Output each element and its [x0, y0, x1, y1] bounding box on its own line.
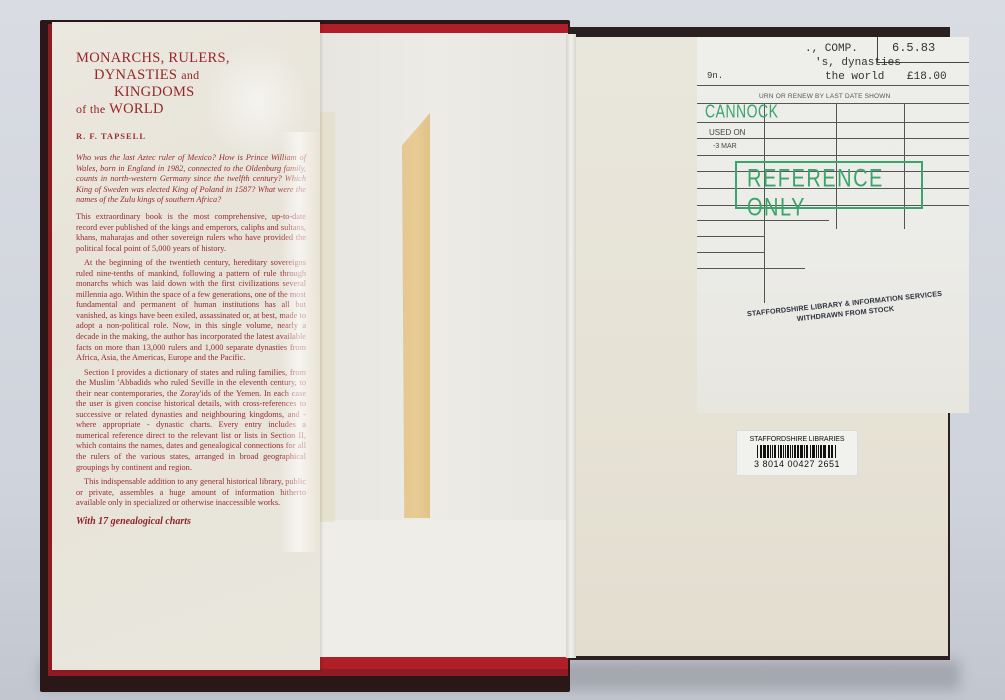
date-due-slip: 6.5.83 ., COMP. 's, dynasties 9n. the wo… — [697, 37, 969, 413]
return-instruction: URN OR RENEW BY LAST DATE SHOWN — [759, 93, 891, 100]
title-line-2: DYNASTIES and — [76, 67, 306, 84]
book-title: MONARCHS, RULERS, DYNASTIES and KINGDOMS… — [76, 50, 306, 118]
blurb-paragraph: Section I provides a dictionary of state… — [76, 368, 306, 473]
barcode-icon — [749, 445, 845, 458]
reference-only-stamp: REFERENCE ONLY — [735, 161, 923, 209]
blurb-paragraph: This extraordinary book is the most comp… — [76, 212, 306, 254]
blurb-questions: Who was the last Aztec ruler of Mexico? … — [76, 153, 306, 206]
title-line-4: of the WORLD — [76, 101, 306, 118]
price: £18.00 — [907, 71, 947, 83]
front-board-bottom-edge — [320, 657, 568, 669]
tape-residue-strip — [402, 113, 430, 518]
book-gutter — [566, 34, 576, 658]
typed-line-2: 's, dynasties — [815, 57, 901, 69]
handwritten-date: -3 MAR — [713, 143, 737, 150]
blurb-paragraph: This indispensable addition to any gener… — [76, 477, 306, 509]
typed-line-3: the world — [825, 71, 884, 83]
typed-prefix: 9n. — [707, 71, 723, 81]
withdrawn-stamp: STAFFORDSHIRE LIBRARY & INFORMATION SERV… — [746, 289, 943, 329]
front-endpaper-lower — [305, 520, 568, 658]
barcode-library-name: STAFFORDSHIRE LIBRARIES — [737, 436, 857, 443]
title-line-3: KINGDOMS — [76, 84, 306, 101]
dust-jacket-flap: MONARCHS, RULERS, DYNASTIES and KINGDOMS… — [52, 22, 320, 670]
barcode-number: 3 8014 00427 2651 — [737, 459, 857, 469]
library-barcode-label: STAFFORDSHIRE LIBRARIES 3 8014 00427 265… — [736, 430, 858, 476]
typed-line-1: ., COMP. — [805, 43, 858, 55]
blurb-footer: With 17 genealogical charts — [76, 516, 306, 527]
book-author: R. F. TAPSELL — [76, 131, 306, 141]
blurb-body: This extraordinary book is the most comp… — [76, 212, 306, 509]
flap-glare — [280, 132, 318, 552]
branch-stamp: CANNOCK — [705, 101, 779, 122]
blurb-paragraph: At the beginning of the twentieth centur… — [76, 258, 306, 363]
title-line-1: MONARCHS, RULERS, — [76, 50, 306, 67]
used-on-text: USED ON — [709, 128, 745, 137]
